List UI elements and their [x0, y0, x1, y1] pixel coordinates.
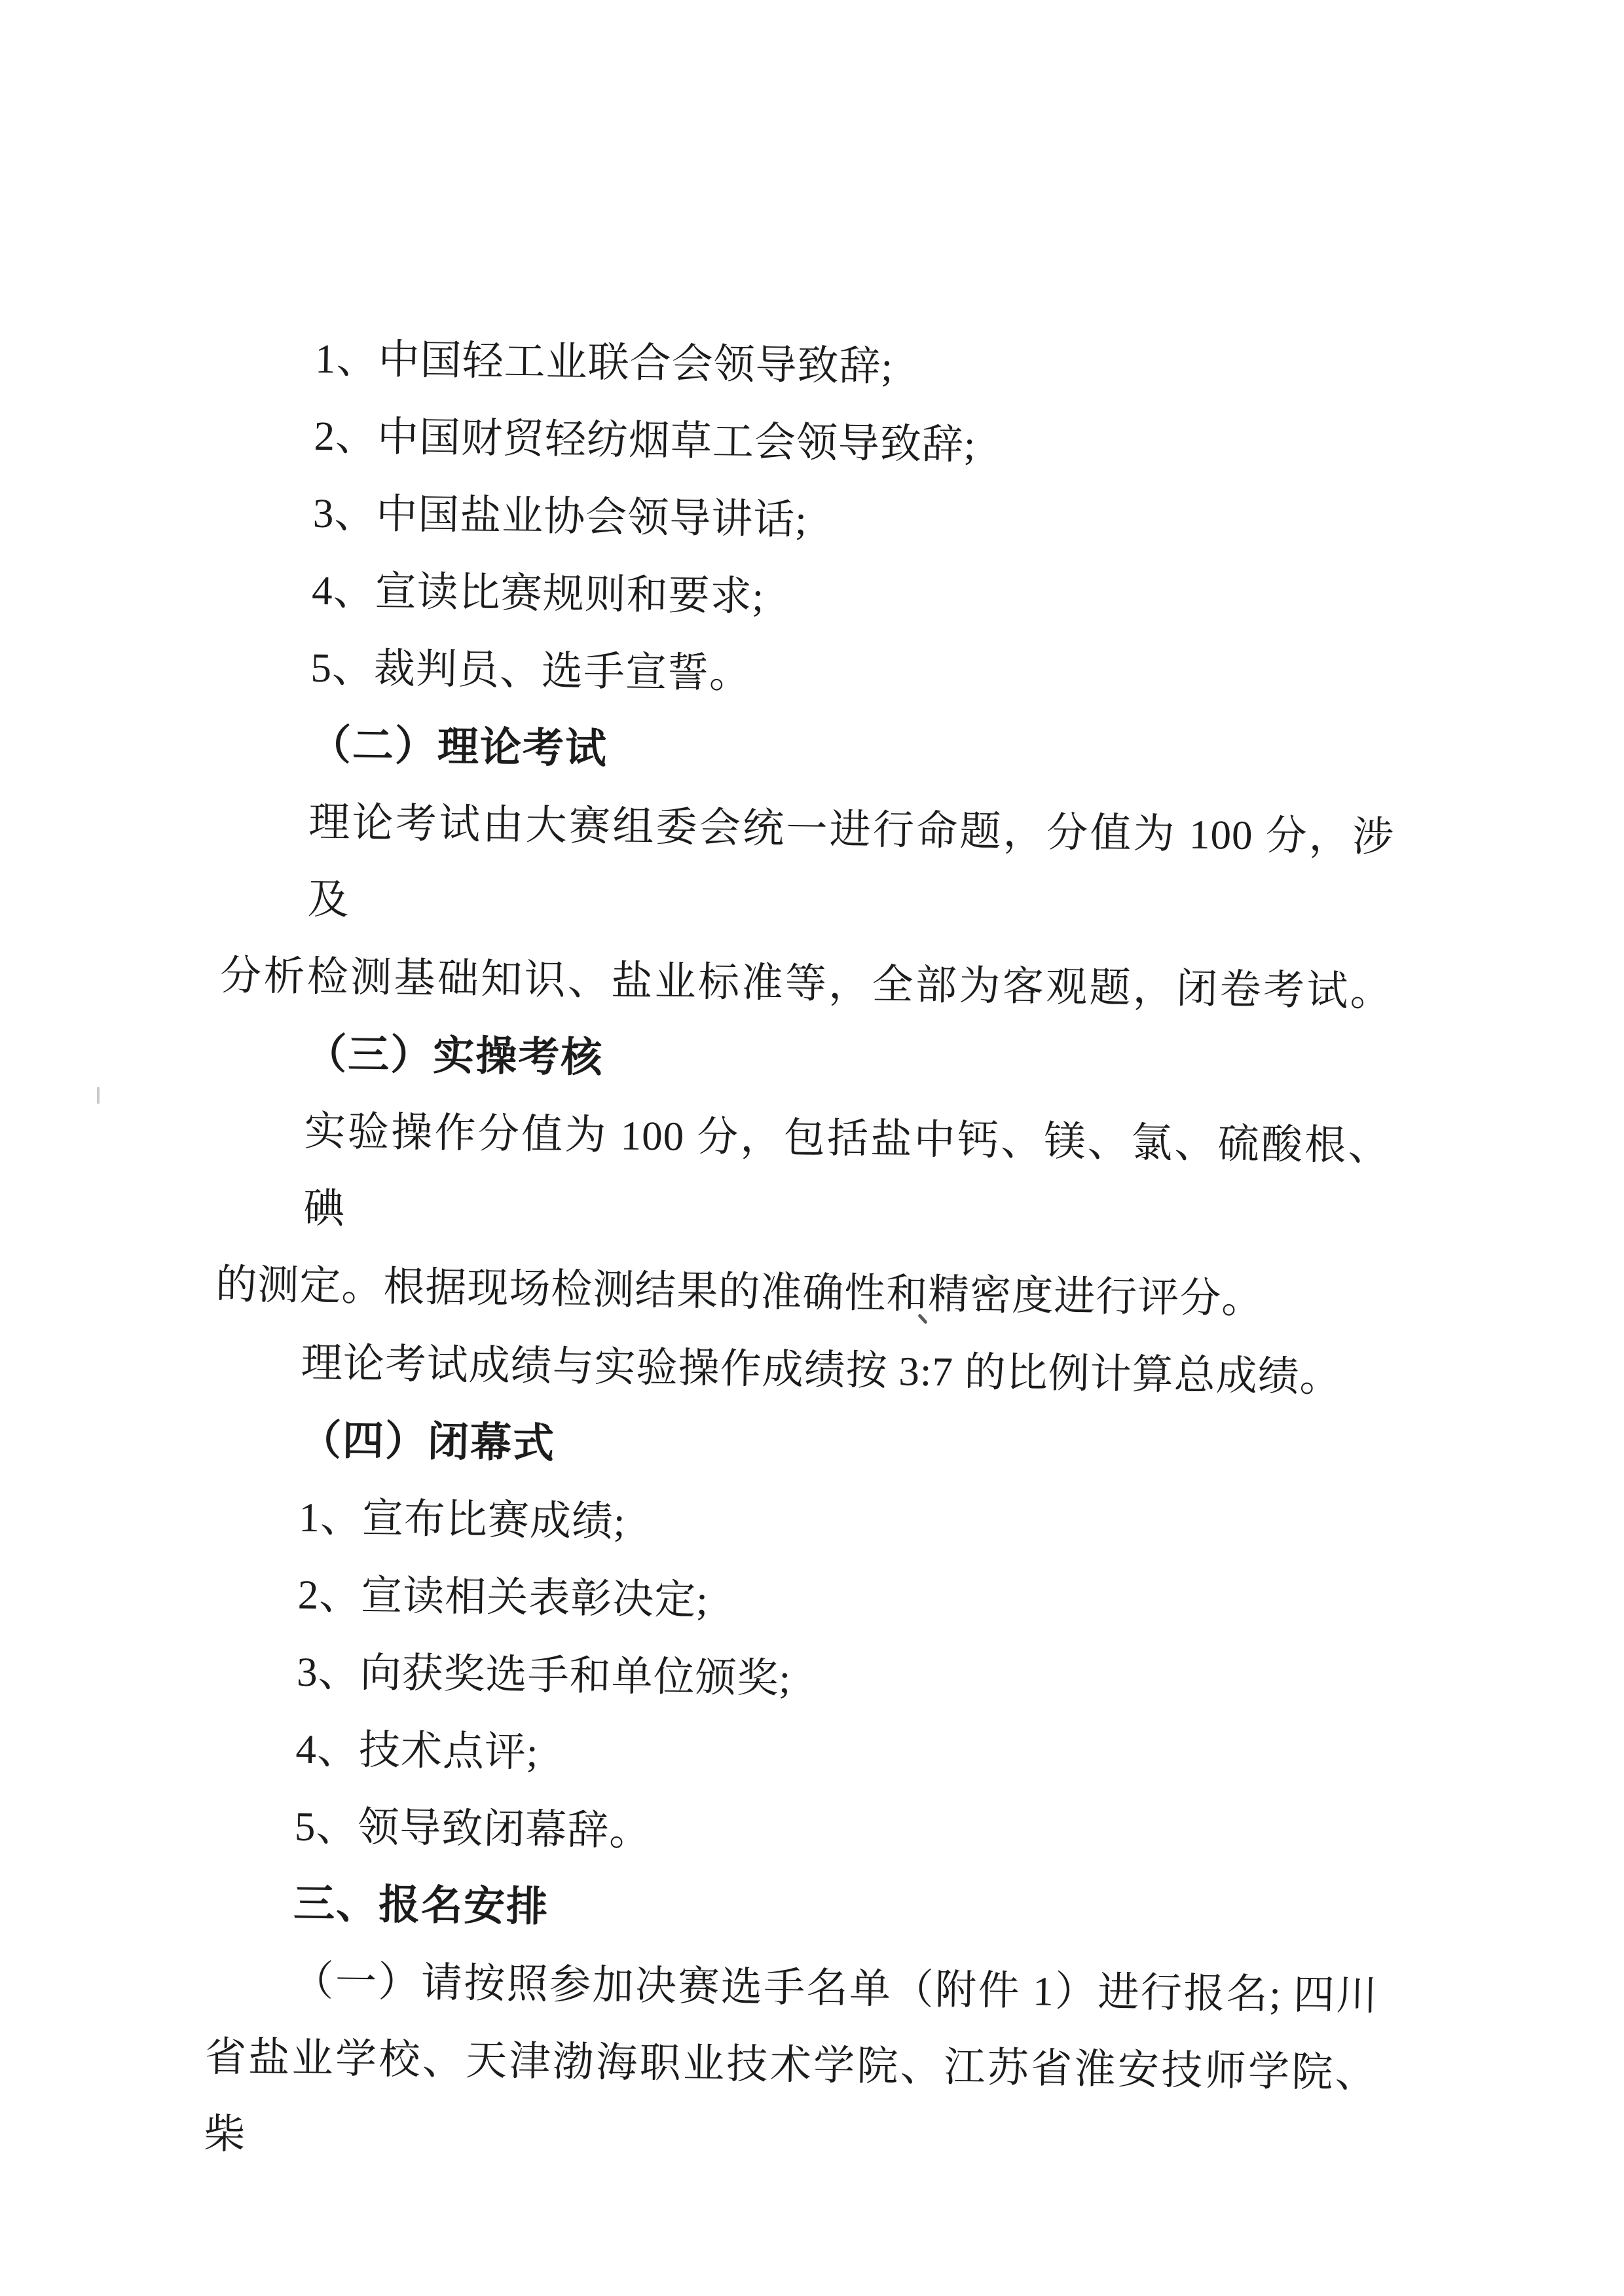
document-page: 1、中国轻工业联合会领导致辞;2、中国财贸轻纺烟草工会领导致辞;3、中国盐业协会… — [0, 0, 1624, 2296]
text-line: 实验操作分值为 100 分，包括盐中钙、镁、氯、硫酸根、碘 — [216, 1091, 1390, 1262]
text-line: 省盐业学校、天津渤海职业技术学院、江苏省淮安技师学院、柴 — [203, 2018, 1377, 2189]
scan-artifact-smudge — [97, 1087, 100, 1104]
text-line: 理论考试由大赛组委会统一进行命题，分值为 100 分，涉及 — [221, 782, 1395, 953]
document-body: 1、中国轻工业联合会领导致辞;2、中国财贸轻纺烟草工会领导致辞;3、中国盐业协会… — [203, 319, 1401, 2189]
